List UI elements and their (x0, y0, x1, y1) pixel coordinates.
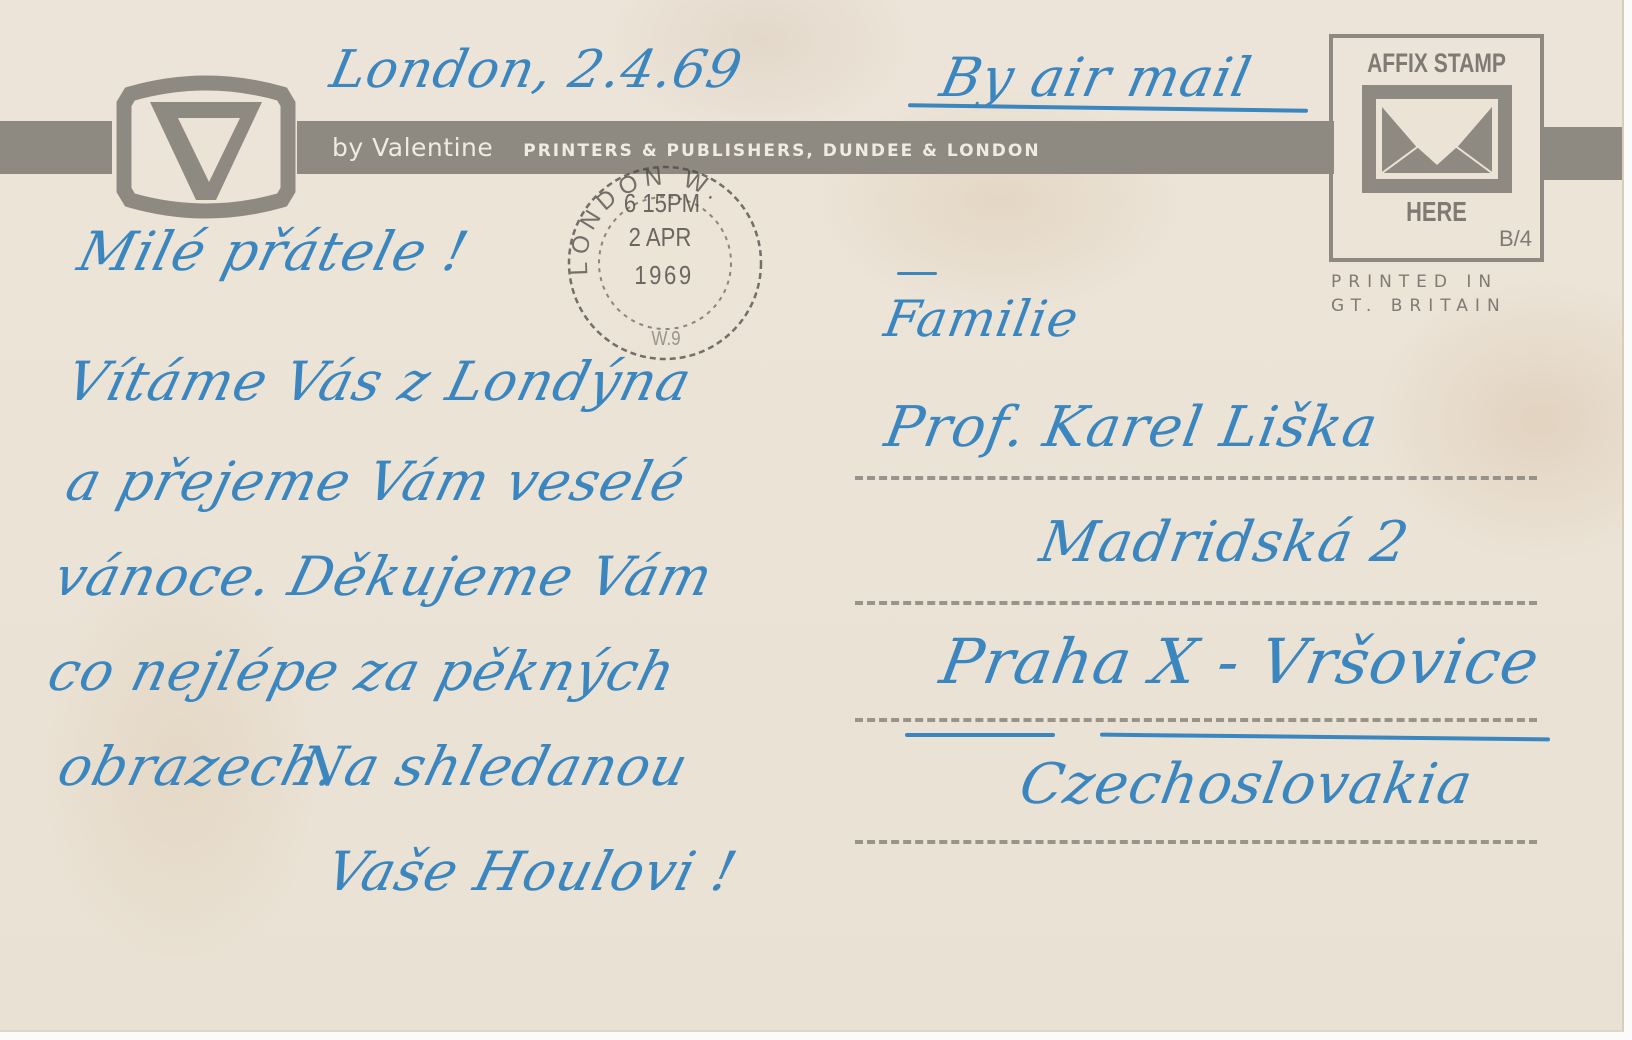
affix-stamp-box: AFFIX STAMP HERE B/4 (1329, 34, 1544, 262)
address-line: Madridská 2 (1035, 510, 1414, 575)
stamp-label-top: AFFIX STAMP (1356, 48, 1517, 79)
brand-name: by Valentine (332, 133, 493, 162)
address-dotted-line (855, 601, 1537, 605)
postmark-date: 2 APR (609, 222, 711, 253)
header-band-right (1541, 127, 1622, 180)
address-line: Praha X - Vršovice (935, 625, 1545, 698)
postcard: V by Valentine PRINTERS & PUBLISHERS, DU… (0, 0, 1624, 1032)
message-line: Milé přátele ! (72, 220, 475, 283)
valentine-logo-icon: V (116, 74, 296, 220)
handwritten-place-date: London, 2.4.69 (325, 40, 748, 100)
address-line: Prof. Karel Liška (880, 395, 1383, 460)
address-dotted-line (855, 718, 1537, 722)
postmark-time: 6 15PM (611, 188, 713, 219)
familie-accent-mark (897, 272, 937, 275)
publisher-tagline: PRINTERS & PUBLISHERS, DUNDEE & LONDON (523, 141, 1040, 161)
svg-text:LONDON W.: LONDON W. (566, 163, 730, 276)
address-line: Familie (880, 290, 1083, 348)
card-code: B/4 (1499, 226, 1532, 252)
message-line: co nejlépe za pěkných (42, 640, 682, 703)
postmark-district: W.9 (615, 328, 717, 351)
message-line: vánoce. Děkujeme Vám (48, 545, 719, 608)
envelope-icon (1362, 85, 1512, 193)
handwritten-air-mail-note: By air mail (935, 46, 1257, 109)
printed-in-line-1: PRINTED IN (1331, 270, 1546, 294)
address-underline (1100, 733, 1550, 742)
address-dotted-line (855, 476, 1537, 480)
message-line: Vítáme Vás z Londýna (60, 350, 698, 413)
header-band-left (0, 121, 112, 174)
postmark-year: 1969 (613, 260, 715, 291)
printed-in-label: PRINTED IN GT. BRITAIN (1331, 270, 1546, 318)
address-dotted-line (855, 840, 1537, 844)
message-line: Na shledanou (290, 735, 695, 798)
address-line: Czechoslovakia (1015, 752, 1478, 817)
message-signature: Vaše Houlovi ! (320, 840, 744, 903)
printed-in-line-2: GT. BRITAIN (1331, 294, 1546, 318)
message-line: a přejeme Vám veselé (60, 450, 692, 513)
stamp-label-bottom: HERE (1356, 196, 1517, 228)
address-underline (905, 733, 1055, 737)
